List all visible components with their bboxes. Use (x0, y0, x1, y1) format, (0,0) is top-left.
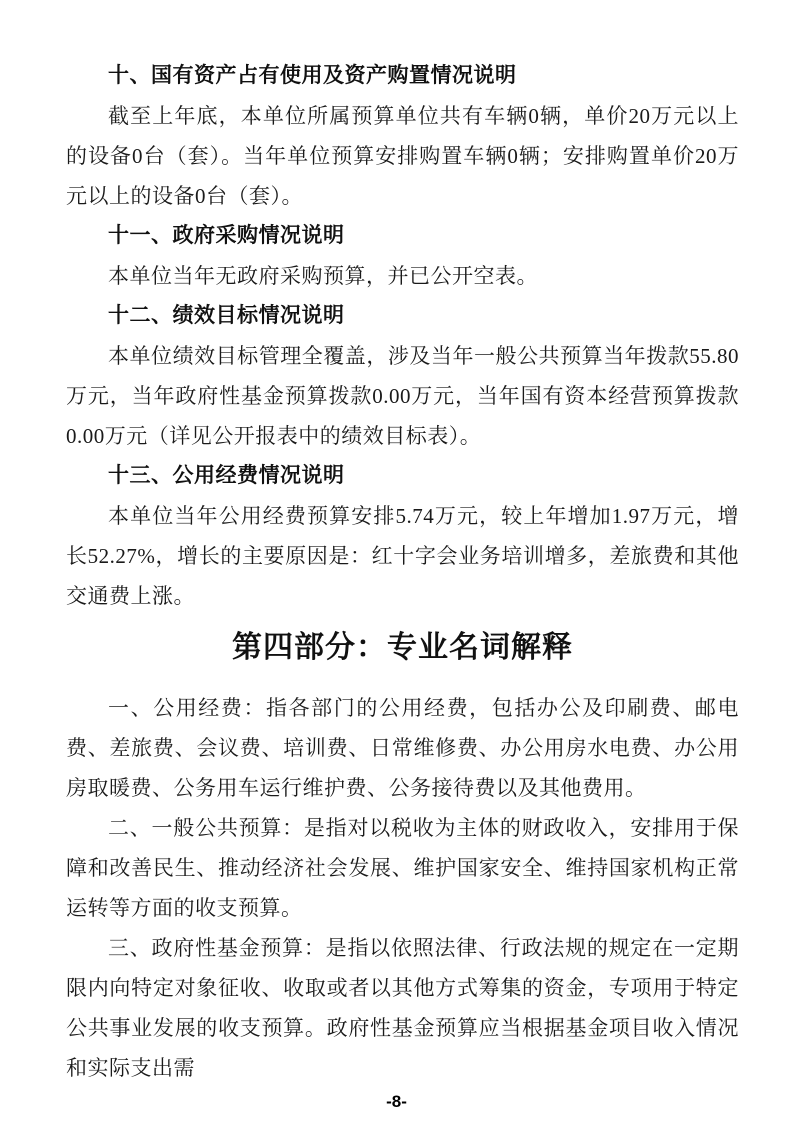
glossary-term: 一、公用经费：指各部门的公用经费，包括办公及印刷费、邮电费、差旅费、会议费、培训… (66, 688, 739, 808)
section-paragraph: 本单位当年无政府采购预算，并已公开空表。 (66, 256, 739, 296)
section-performance-targets: 十二、绩效目标情况说明 本单位绩效目标管理全覆盖，涉及当年一般公共预算当年拨款5… (66, 296, 739, 456)
section-paragraph: 本单位绩效目标管理全覆盖，涉及当年一般公共预算当年拨款55.80万元，当年政府性… (66, 336, 739, 456)
glossary-term: 三、政府性基金预算：是指以依照法律、行政法规的规定在一定期限内向特定对象征收、收… (66, 928, 739, 1088)
glossary-term: 二、一般公共预算：是指对以税收为主体的财政收入，安排用于保障和改善民生、推动经济… (66, 808, 739, 928)
section-heading: 十、国有资产占有使用及资产购置情况说明 (66, 56, 739, 96)
part-title: 第四部分：专业名词解释 (66, 622, 739, 674)
glossary: 一、公用经费：指各部门的公用经费，包括办公及印刷费、邮电费、差旅费、会议费、培训… (66, 688, 739, 1088)
section-heading: 十一、政府采购情况说明 (66, 216, 739, 256)
section-public-funds: 十三、公用经费情况说明 本单位当年公用经费预算安排5.74万元，较上年增加1.9… (66, 456, 739, 616)
document-page: 十、国有资产占有使用及资产购置情况说明 截至上年底，本单位所属预算单位共有车辆0… (0, 0, 793, 1122)
section-paragraph: 本单位当年公用经费预算安排5.74万元，较上年增加1.97万元，增长52.27%… (66, 496, 739, 616)
section-heading: 十二、绩效目标情况说明 (66, 296, 739, 336)
section-state-assets: 十、国有资产占有使用及资产购置情况说明 截至上年底，本单位所属预算单位共有车辆0… (66, 56, 739, 216)
page-content: 十、国有资产占有使用及资产购置情况说明 截至上年底，本单位所属预算单位共有车辆0… (0, 0, 793, 1088)
page-number: -8- (0, 1092, 793, 1112)
section-paragraph: 截至上年底，本单位所属预算单位共有车辆0辆，单价20万元以上的设备0台（套）。当… (66, 96, 739, 216)
section-gov-procurement: 十一、政府采购情况说明 本单位当年无政府采购预算，并已公开空表。 (66, 216, 739, 296)
section-heading: 十三、公用经费情况说明 (66, 456, 739, 496)
